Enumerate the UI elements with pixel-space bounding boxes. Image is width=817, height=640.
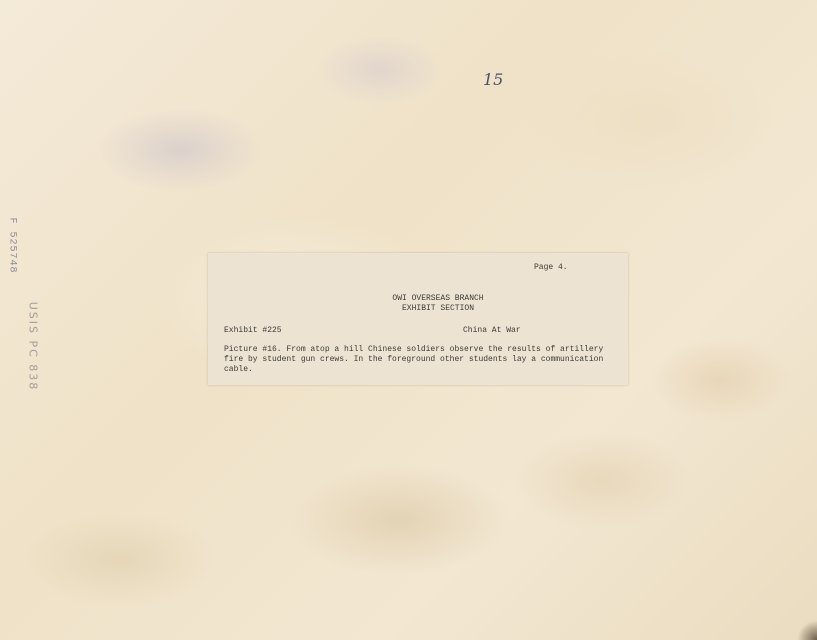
margin-stamp-usis: USIS PC 838 bbox=[26, 302, 39, 392]
corner-wear bbox=[797, 620, 817, 640]
label-heading: OWI OVERSEAS BRANCH EXHIBIT SECTION bbox=[208, 294, 628, 314]
exhibit-number: Exhibit #225 bbox=[224, 326, 282, 336]
series-title: China At War bbox=[463, 326, 521, 336]
heading-branch: OWI OVERSEAS BRANCH bbox=[248, 294, 628, 304]
caption-label: Page 4. OWI OVERSEAS BRANCH EXHIBIT SECT… bbox=[208, 253, 628, 385]
picture-caption: Picture #16. From atop a hill Chinese so… bbox=[224, 345, 624, 375]
handwritten-number: 15 bbox=[483, 70, 503, 89]
margin-stamp-number: F 525748 bbox=[7, 217, 18, 273]
heading-section: EXHIBIT SECTION bbox=[248, 304, 628, 314]
page-number: Page 4. bbox=[534, 263, 568, 273]
